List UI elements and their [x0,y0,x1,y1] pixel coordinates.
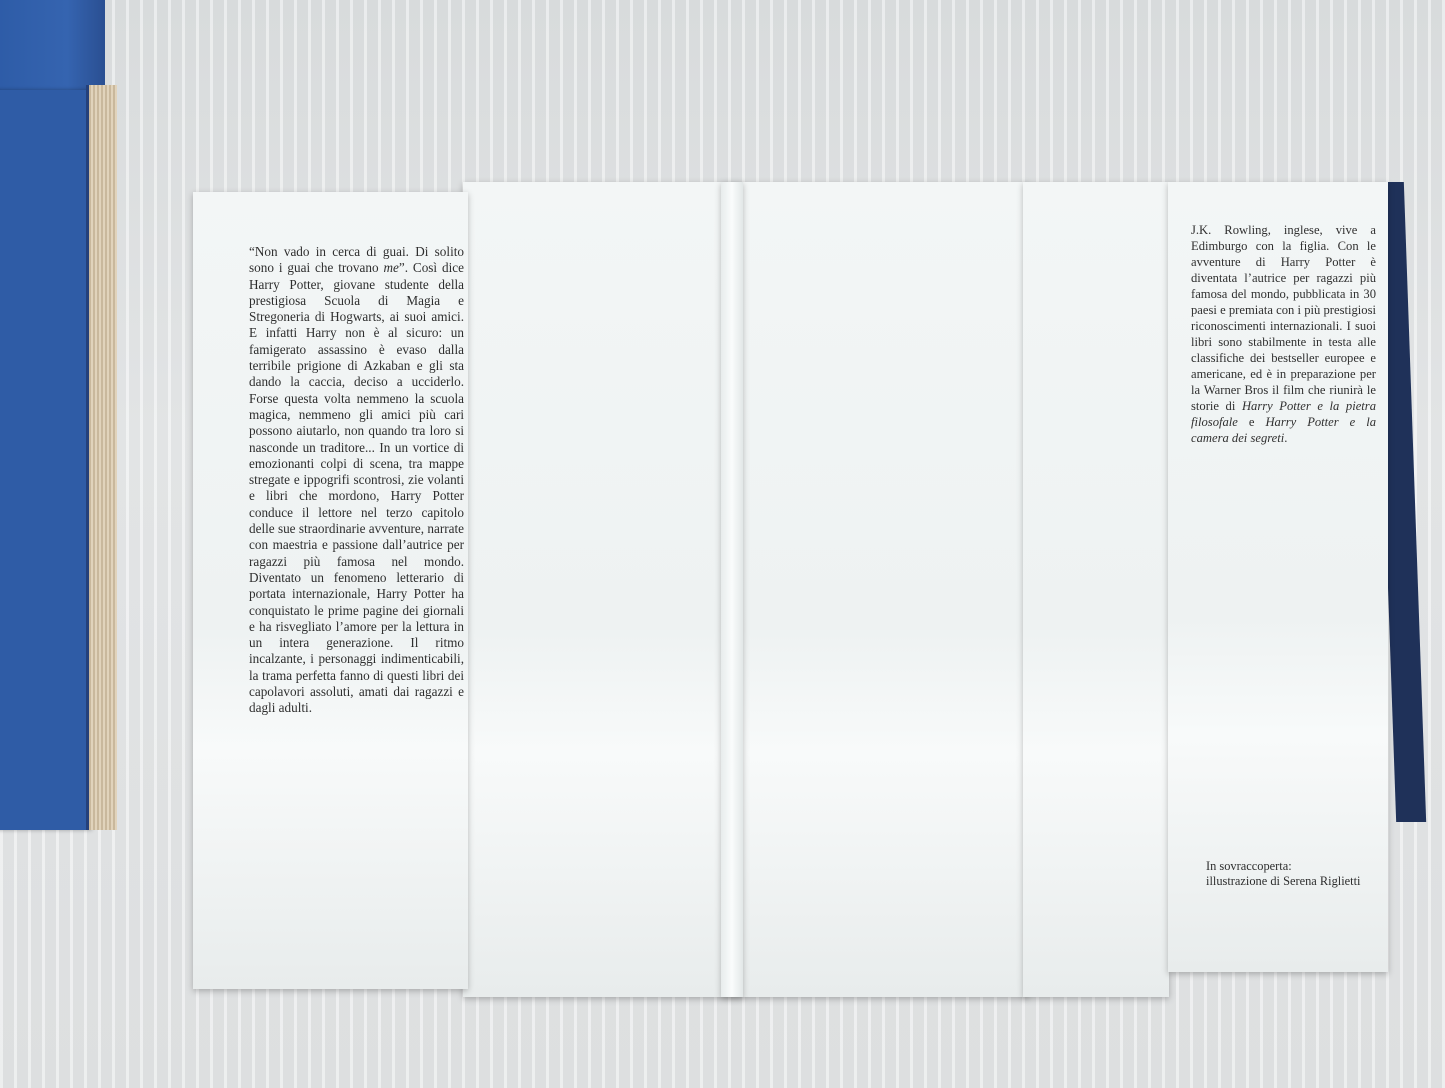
dust-jacket: “Non vado in cerca di guai. Di solito so… [193,182,1393,997]
cover-credit: In sovraccoperta: illustrazione di Seren… [1206,859,1361,889]
back-flap: “Non vado in cerca di guai. Di solito so… [193,192,468,989]
jacket-spine-fold [721,182,743,997]
jacket-front-panel [1023,182,1169,997]
front-flap: J.K. Rowling, inglese, vive a Edimburgo … [1168,182,1388,972]
book-page-edges [86,85,117,830]
book-board [0,90,90,830]
author-bio: J.K. Rowling, inglese, vive a Edimburgo … [1191,222,1376,446]
jacket-back-panel [463,182,1028,997]
blurb-text: “Non vado in cerca di guai. Di solito so… [249,244,464,717]
